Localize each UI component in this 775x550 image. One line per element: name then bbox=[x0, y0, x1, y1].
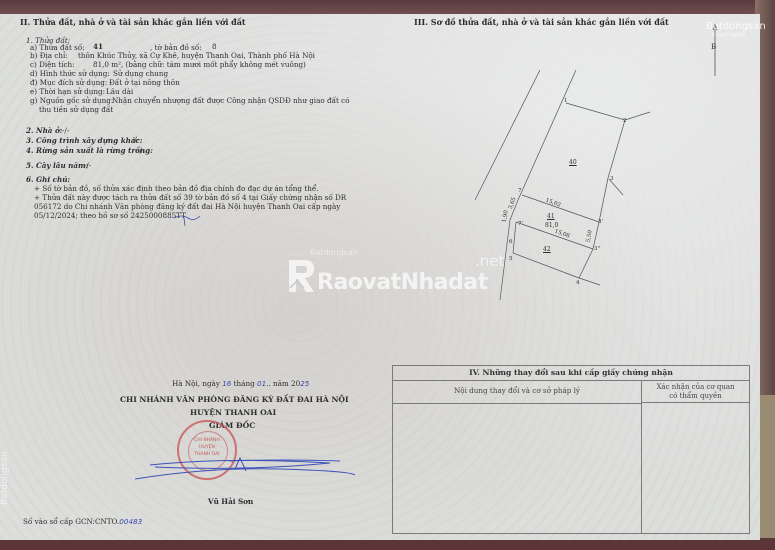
parcel-42-label: 42 bbox=[543, 245, 551, 254]
date-day: 16 bbox=[222, 379, 231, 388]
registry-label: Số vào sổ cấp GCN:CNTO. bbox=[23, 517, 119, 526]
north-label: B bbox=[711, 42, 716, 51]
point-3prime: 3' bbox=[598, 218, 603, 227]
year-label: năm 20 bbox=[273, 379, 300, 388]
house-label: 2. Nhà ở: bbox=[26, 126, 62, 135]
watermark-name: RaovatNhadat bbox=[317, 270, 488, 295]
notes-line4: 05/12/2024; theo hồ sơ số 2425000885TT bbox=[34, 211, 186, 220]
initial-mark-icon bbox=[172, 210, 202, 228]
purpose-value: Đất ở tại nông thôn bbox=[109, 78, 180, 87]
term-value: Lâu dài bbox=[106, 87, 133, 96]
house-value: -/- bbox=[62, 126, 69, 135]
stamp-text-1: CHI NHÁNH bbox=[177, 438, 237, 443]
registry-number: 00483 bbox=[119, 517, 142, 526]
date-month: 01 bbox=[257, 379, 266, 388]
column-authority-confirmation: Xác nhận của cơ quan có thẩm quyền bbox=[642, 381, 749, 403]
parcel-40-label: 40 bbox=[569, 158, 577, 167]
origin-label: g) Nguồn gốc sử dụng: bbox=[30, 96, 113, 105]
office-line1: CHI NHÁNH VĂN PHÒNG ĐĂNG KÝ ĐẤT ĐAI HÀ N… bbox=[120, 395, 349, 404]
origin-value-line1: Nhận chuyển nhượng đất được Công nhận QS… bbox=[112, 96, 350, 105]
registry-line: Số vào sổ cấp GCN:CNTO.00483 bbox=[23, 517, 142, 526]
usage-form-value: Sử dụng chung bbox=[113, 69, 168, 78]
notes-label: 6. Ghi chú: bbox=[26, 175, 70, 184]
point-2: 2 bbox=[623, 117, 627, 126]
perennial-label: 5. Cây lâu năm: bbox=[26, 161, 88, 170]
batdongsan-watermark-left: Batdongsan bbox=[0, 451, 10, 505]
parcel-number: 41 bbox=[93, 42, 103, 51]
col2-line1: Xác nhận của cơ quan bbox=[642, 383, 749, 392]
point-1: 1 bbox=[564, 97, 568, 106]
batdongsan-watermark-top-sub: Chuyên nghiệp bbox=[712, 33, 746, 38]
stamp-text-2: HUYỆN bbox=[177, 445, 237, 450]
forest-value: -/- bbox=[137, 146, 144, 155]
address-value: thôn Khúc Thủy, xã Cự Khê, huyện Thanh O… bbox=[78, 51, 315, 60]
office-line2: HUYỆN THANH OAI bbox=[190, 408, 276, 417]
column-divider bbox=[641, 403, 642, 533]
batdongsan-watermark-top: Batdongsan bbox=[706, 21, 766, 32]
origin-value-line2: thu tiền sử dụng đất bbox=[39, 105, 113, 114]
term-label: e) Thời hạn sử dụng: bbox=[30, 87, 105, 96]
usage-form-label: d) Hình thức sử dụng: bbox=[30, 69, 110, 78]
area-value: 81,0 m², (bằng chữ: tám mươi mốt phẩy kh… bbox=[93, 60, 306, 69]
point-5: 5 bbox=[509, 255, 513, 264]
notes-line1: + Số tờ bản đồ, số thửa xác định theo bả… bbox=[34, 184, 319, 193]
other-construction-value: -/- bbox=[132, 135, 139, 144]
month-label: tháng bbox=[234, 379, 255, 388]
point-6: 6 bbox=[509, 238, 513, 247]
date-year-suffix: 25 bbox=[300, 379, 309, 388]
watermark-tld: .net bbox=[475, 252, 504, 270]
map-sheet-number: 8 bbox=[212, 42, 217, 51]
point-7prime: 7' bbox=[518, 220, 523, 229]
changes-table: IV. Những thay đổi sau khi cấp giấy chứn… bbox=[392, 365, 750, 534]
signature-scribble-icon bbox=[130, 455, 360, 485]
section4-heading: IV. Những thay đổi sau khi cấp giấy chứn… bbox=[393, 366, 749, 381]
column-changes-content: Nội dung thay đổi và cơ sở pháp lý bbox=[393, 381, 642, 404]
purpose-label: đ) Mục đích sử dụng: bbox=[30, 78, 107, 87]
raovatnhadat-logo-icon bbox=[287, 258, 315, 294]
point-3dprime: 3" bbox=[594, 245, 600, 254]
parcel-41-label: 41 bbox=[547, 212, 555, 221]
address-label: b) Địa chỉ: bbox=[30, 51, 68, 60]
forest-label: 4. Rừng sản xuất là rừng trồng: bbox=[26, 146, 153, 155]
signer-name: Vũ Hải Sơn bbox=[208, 497, 253, 506]
perennial-value: -/- bbox=[84, 161, 91, 170]
col2-line2: có thẩm quyền bbox=[642, 392, 749, 401]
point-7: 7 bbox=[518, 187, 522, 196]
section3-heading: III. Sơ đồ thửa đất, nhà ở và tài sản kh… bbox=[414, 18, 669, 27]
other-construction-label: 3. Công trình xây dựng khác: bbox=[26, 136, 143, 145]
notes-line2: + Thửa đất này được tách ra thửa đất số … bbox=[34, 193, 346, 202]
date-line: Hà Nội, ngày 16 tháng 01.. năm 2025 bbox=[172, 379, 309, 388]
section2-heading: II. Thửa đất, nhà ở và tài sản khác gắn … bbox=[20, 18, 246, 27]
batdongsan-watermark-center: Batdongsan bbox=[310, 248, 358, 257]
date-prefix: Hà Nội, ngày bbox=[172, 379, 220, 388]
area-label: c) Diện tích: bbox=[30, 60, 75, 69]
point-3: 3 bbox=[610, 175, 614, 184]
point-4: 4 bbox=[576, 279, 580, 288]
